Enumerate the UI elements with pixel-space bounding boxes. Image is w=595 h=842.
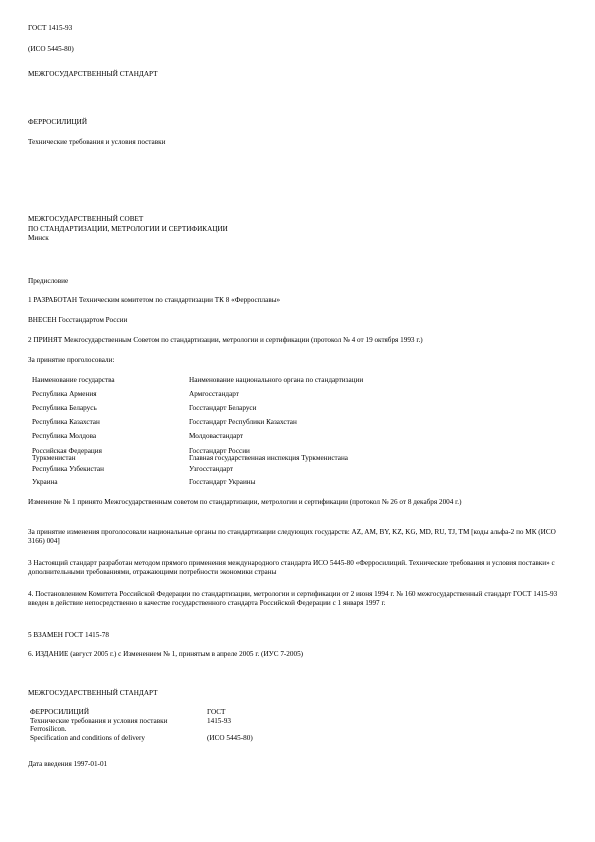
iso-reference: (ИСО 5445-80) <box>28 45 74 54</box>
gost-number-secondary: 1415-93 <box>207 717 231 726</box>
gost-number: ГОСТ 1415-93 <box>28 24 72 33</box>
table-cell-state: Республика Армения <box>32 390 97 399</box>
council-city: Минск <box>28 234 49 243</box>
table-header-body: Наименование национального органа по ста… <box>189 376 363 385</box>
table-cell-body: Главная государственная инспекция Туркме… <box>189 454 348 463</box>
table-cell-body: Госстандарт Украины <box>189 478 255 487</box>
amendment-1-adopted: Изменение № 1 принято Межгосударственным… <box>28 498 568 507</box>
clause-4-decree: 4. Постановлением Комитета Российской Фе… <box>28 590 568 607</box>
gost-label: ГОСТ <box>207 708 225 717</box>
foreword-introduced-by: ВНЕСЕН Госстандартом России <box>28 316 127 325</box>
subtitle-en: Specification and conditions of delivery <box>30 734 145 743</box>
introduction-date: Дата введения 1997-01-01 <box>28 760 107 769</box>
table-cell-body: Молдовастандарт <box>189 432 243 441</box>
table-header-row: Наименование государства Наименование на… <box>32 376 552 386</box>
iso-reference-secondary: (ИСО 5445-80) <box>207 734 253 743</box>
table-cell-body: Узгосстандарт <box>189 465 233 474</box>
title-ru: ФЕРРОСИЛИЦИЙ <box>30 708 89 717</box>
document-title: ФЕРРОСИЛИЦИЙ <box>28 118 87 127</box>
table-cell-body: Госстандарт Беларуси <box>189 404 256 413</box>
clause-5-replaces: 5 ВЗАМЕН ГОСТ 1415-78 <box>28 631 109 640</box>
council-name-line1: МЕЖГОСУДАРСТВЕННЫЙ СОВЕТ <box>28 215 143 224</box>
foreword-developed-by: 1 РАЗРАБОТАН Техническим комитетом по ст… <box>28 296 280 305</box>
title-block-row: Specification and conditions of delivery… <box>30 734 330 743</box>
table-row: Республика Узбекистан Узгосстандарт <box>32 465 552 475</box>
clause-6-edition: 6. ИЗДАНИЕ (август 2005 г.) с Изменением… <box>28 650 303 659</box>
table-cell-state: Республика Беларусь <box>32 404 97 413</box>
table-cell-state: Республика Молдова <box>32 432 96 441</box>
table-cell-body: Госстандарт Республики Казахстан <box>189 418 297 427</box>
table-row: Республика Беларусь Госстандарт Беларуси <box>32 404 552 414</box>
title-block-row: ФЕРРОСИЛИЦИЙ ГОСТ <box>30 708 330 717</box>
foreword-heading: Предисловие <box>28 277 68 286</box>
council-name-line2: ПО СТАНДАРТИЗАЦИИ, МЕТРОЛОГИИ И СЕРТИФИК… <box>28 225 228 234</box>
document-subtitle: Технические требования и условия поставк… <box>28 138 165 147</box>
amendment-1-voting: За принятие изменения проголосовали наци… <box>28 528 568 545</box>
title-en: Ferrosilicon. <box>30 725 67 734</box>
table-row: Туркменистан Главная государственная инс… <box>32 454 552 464</box>
table-row: Республика Молдова Молдовастандарт <box>32 427 552 437</box>
table-header-state: Наименование государства <box>32 376 115 385</box>
title-block-row: Ferrosilicon. <box>30 725 330 734</box>
table-cell-state: Республика Узбекистан <box>32 465 104 474</box>
foreword-adopted-by: 2 ПРИНЯТ Межгосударственным Советом по с… <box>28 336 423 345</box>
title-block-row: Технические требования и условия поставк… <box>30 717 330 726</box>
second-standard-type: МЕЖГОСУДАРСТВЕННЫЙ СТАНДАРТ <box>28 689 158 698</box>
table-cell-state: Республика Казахстан <box>32 418 100 427</box>
table-cell-body: Армгосстандарт <box>189 390 239 399</box>
clause-3-method: 3 Настоящий стандарт разработан методом … <box>28 559 568 576</box>
table-row: Республика Армения Армгосстандарт <box>32 390 552 400</box>
table-cell-state: Туркменистан <box>32 454 76 463</box>
table-row: Украина Госстандарт Украины <box>32 478 552 488</box>
title-block: ФЕРРОСИЛИЦИЙ ГОСТ Технические требования… <box>30 708 330 742</box>
foreword-voted: За принятие проголосовали: <box>28 356 114 365</box>
standard-type: МЕЖГОСУДАРСТВЕННЫЙ СТАНДАРТ <box>28 70 158 79</box>
table-cell-state: Украина <box>32 478 58 487</box>
subtitle-ru: Технические требования и условия поставк… <box>30 717 167 726</box>
